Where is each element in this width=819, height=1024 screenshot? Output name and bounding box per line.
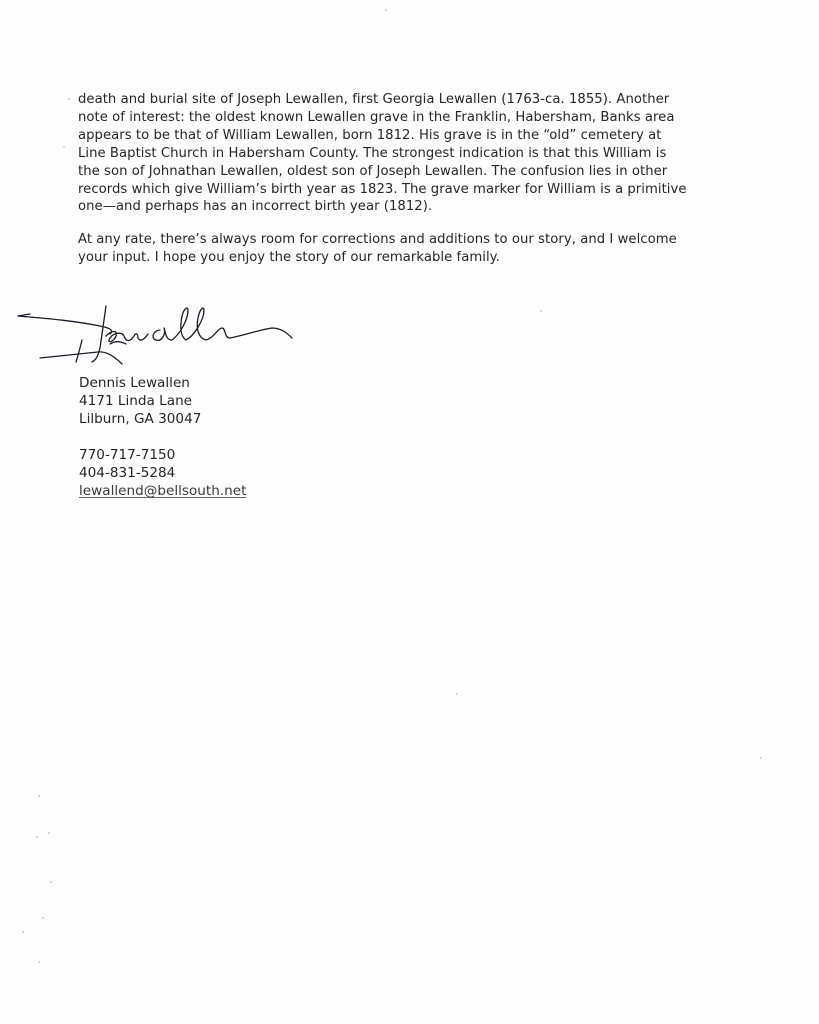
paragraph-line: the son of Johnathan Lewallen, oldest so… xyxy=(78,163,758,181)
scan-speck xyxy=(48,832,50,834)
city-state-zip: Lilburn, GA 30047 xyxy=(79,410,246,428)
body-paragraph-1: death and burial site of Joseph Lewallen… xyxy=(78,91,758,216)
scan-speck xyxy=(63,146,65,148)
paragraph-line: note of interest: the oldest known Lewal… xyxy=(78,109,758,127)
paragraph-line: death and burial site of Joseph Lewallen… xyxy=(78,91,758,109)
paragraph-line: appears to be that of William Lewallen, … xyxy=(78,127,758,145)
street-address: 4171 Linda Lane xyxy=(79,392,246,410)
scan-speck xyxy=(760,757,762,759)
spacer xyxy=(79,428,246,446)
scan-speck xyxy=(22,931,24,933)
body-paragraph-2: At any rate, there’s always room for cor… xyxy=(78,231,758,267)
scan-speck xyxy=(50,881,52,883)
scan-speck xyxy=(38,795,40,797)
paragraph-line: records which give William’s birth year … xyxy=(78,181,758,199)
scanned-letter-page: death and burial site of Joseph Lewallen… xyxy=(0,0,819,1024)
paragraph-line: At any rate, there’s always room for cor… xyxy=(78,231,758,249)
paragraph-line: Line Baptist Church in Habersham County.… xyxy=(78,145,758,163)
handwritten-signature-icon xyxy=(10,300,300,370)
phone-number-2: 404-831-5284 xyxy=(79,464,246,482)
scan-speck xyxy=(68,98,70,100)
scan-speck xyxy=(38,961,40,963)
paragraph-line: your input. I hope you enjoy the story o… xyxy=(78,249,758,267)
sender-name: Dennis Lewallen xyxy=(79,374,246,392)
scan-speck xyxy=(42,917,44,919)
scan-speck xyxy=(385,9,387,11)
phone-number-1: 770-717-7150 xyxy=(79,446,246,464)
scan-speck xyxy=(36,836,38,838)
scan-speck xyxy=(456,693,458,695)
scan-speck xyxy=(540,310,542,312)
paragraph-line: one—and perhaps has an incorrect birth y… xyxy=(78,198,758,216)
contact-block: Dennis Lewallen 4171 Linda Lane Lilburn,… xyxy=(79,374,246,500)
email-link[interactable]: lewallend@bellsouth.net xyxy=(79,483,246,499)
